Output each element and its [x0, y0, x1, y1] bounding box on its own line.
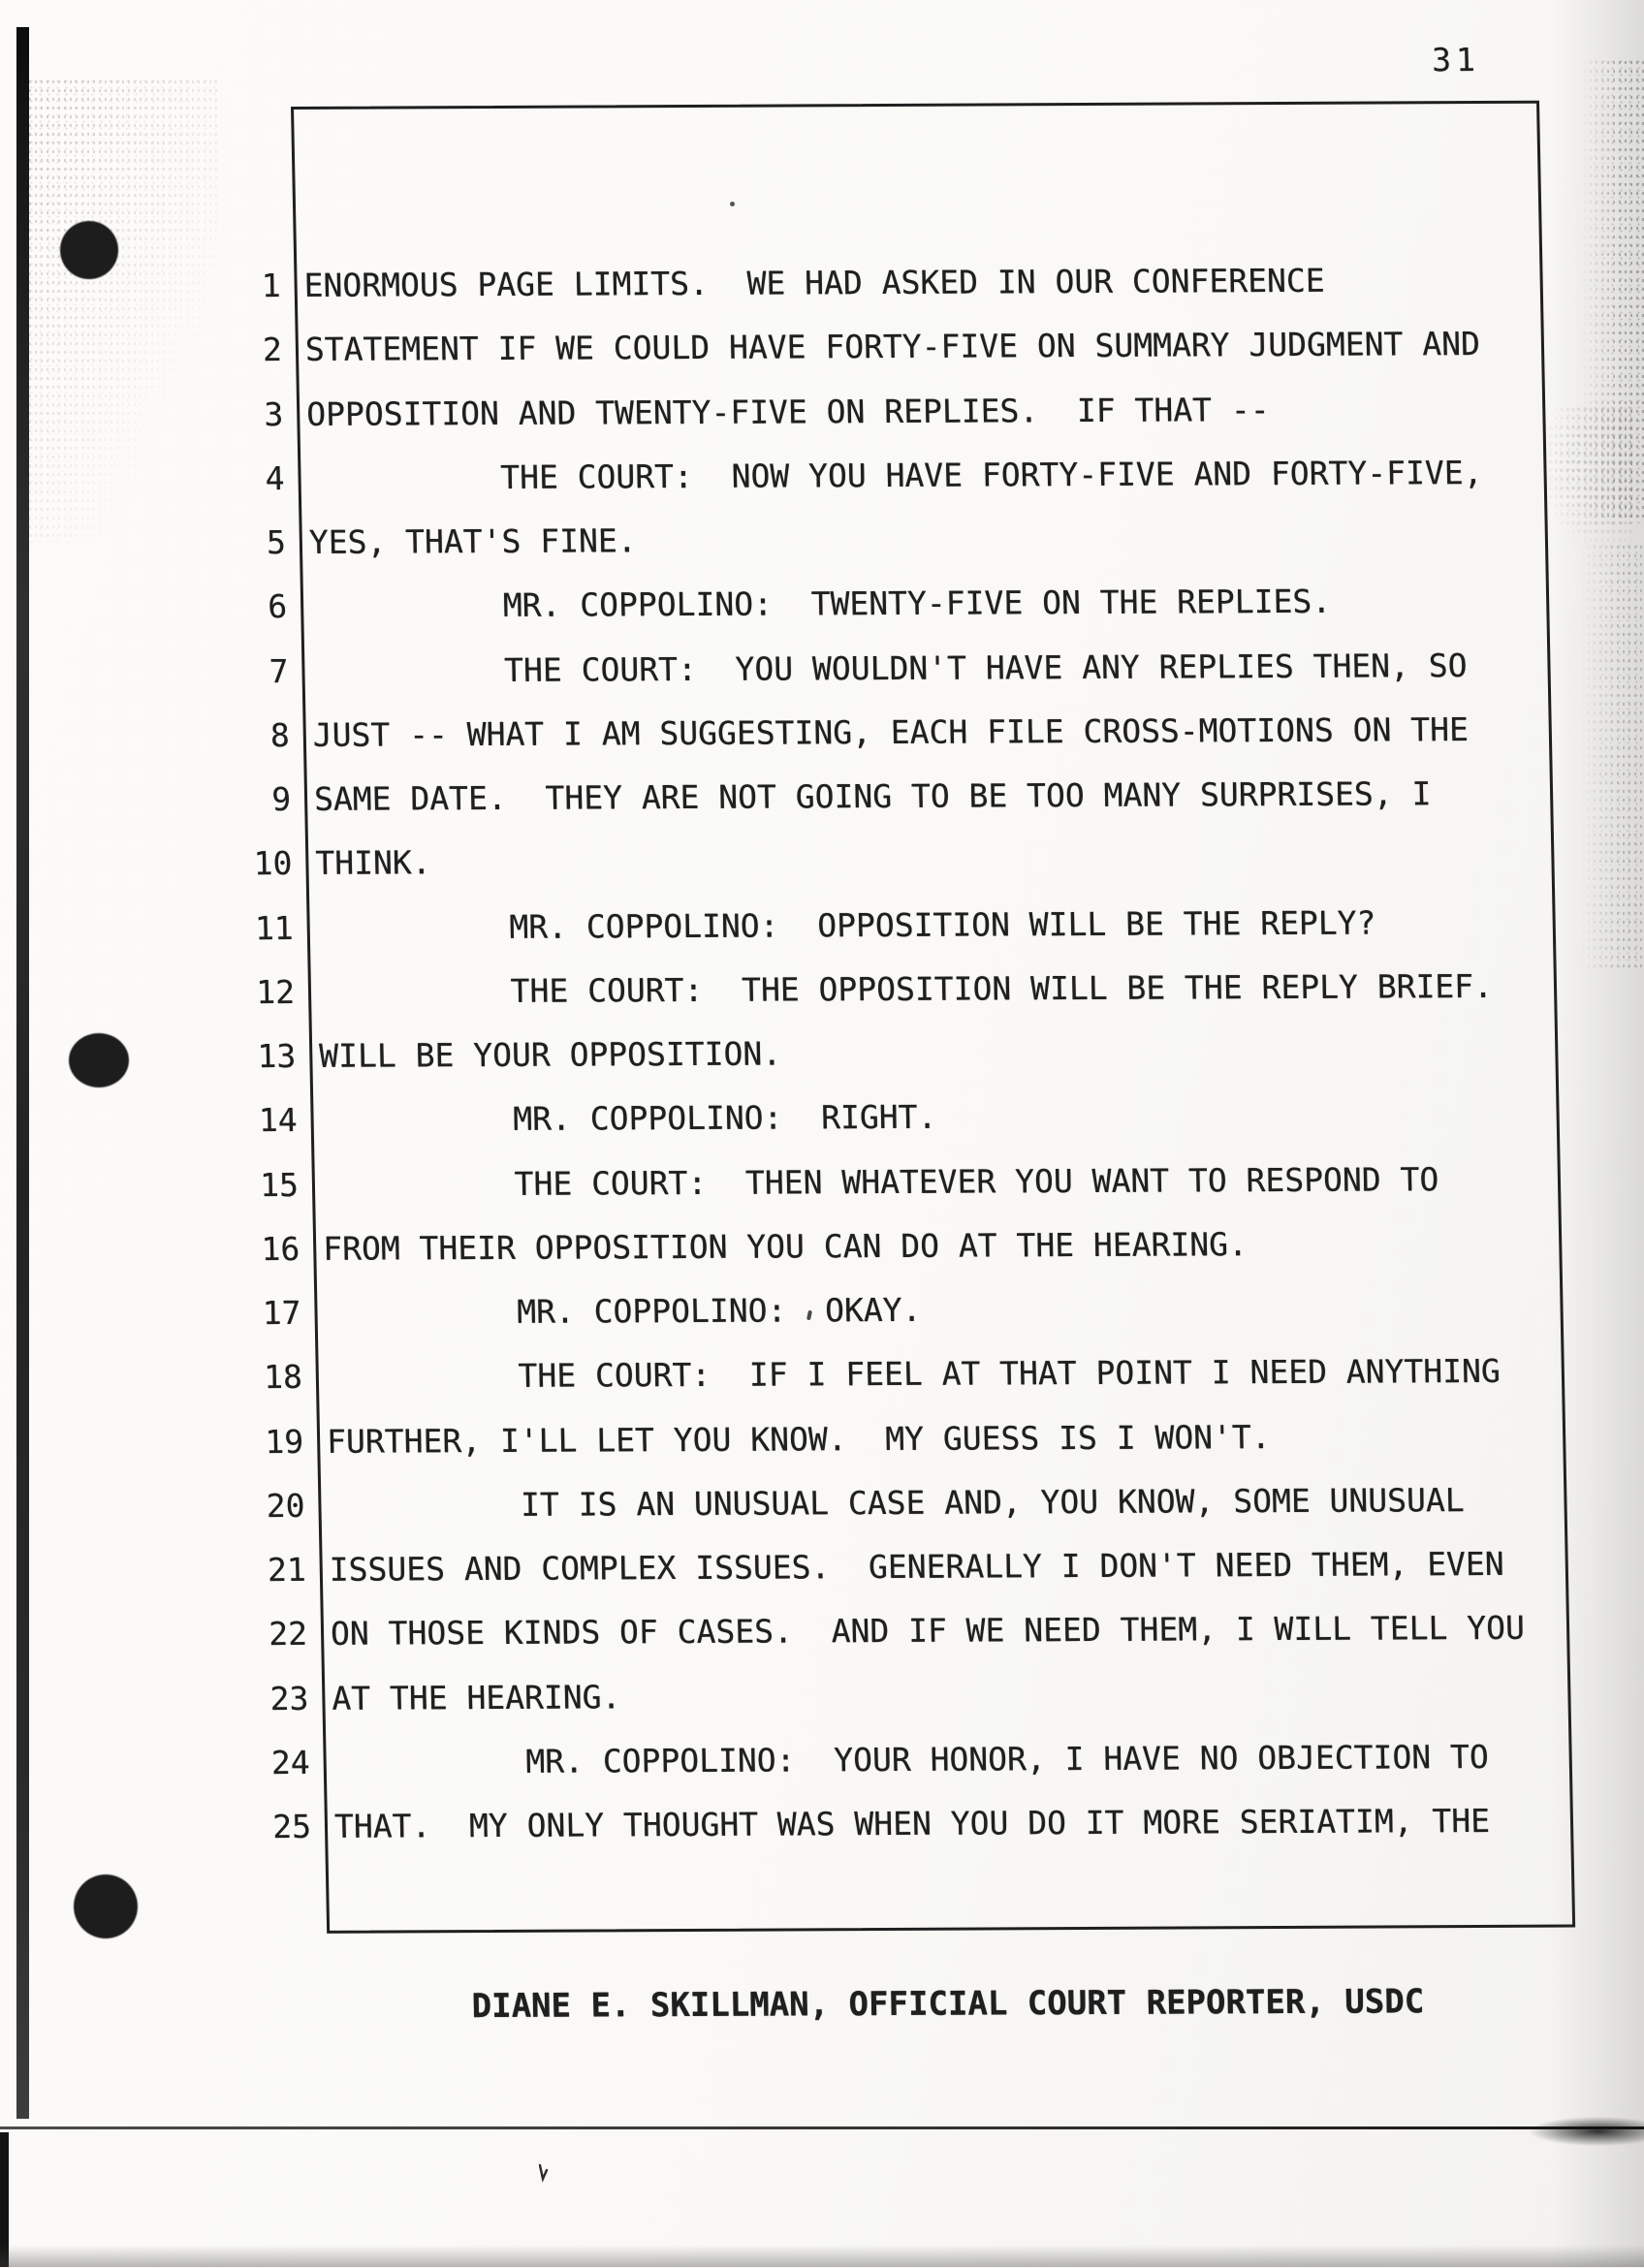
line-number: 18 — [245, 1358, 302, 1397]
stray-check-mark — [537, 2163, 551, 2183]
line-number: 11 — [237, 908, 294, 947]
line-number: 2 — [226, 331, 283, 369]
hole-punch-middle — [69, 1033, 129, 1087]
transcript-line: 7 THE COURT: YOU WOULDN'T HAVE ANY REPLI… — [11, 646, 1644, 692]
transcript-line: 2 STATEMENT IF WE COULD HAVE FORTY-FIVE … — [5, 324, 1644, 370]
transcript-line: 3 OPPOSITION AND TWENTY-FIVE ON REPLIES.… — [6, 389, 1644, 435]
transcript-line: 19 FURTHER, I'LL LET YOU KNOW. MY GUESS … — [26, 1416, 1644, 1463]
line-text: OPPOSITION AND TWENTY-FIVE ON REPLIES. I… — [306, 391, 1270, 434]
line-number: 16 — [243, 1230, 300, 1269]
scanned-transcript-page: 31 1 ENORMOUS PAGE LIMITS. WE HAD ASKED … — [0, 0, 1644, 2267]
line-text: MR. COPPOLINO: TWENTY-FIVE ON THE REPLIE… — [310, 583, 1332, 626]
line-text: ISSUES AND COMPLEX ISSUES. GENERALLY I D… — [329, 1545, 1504, 1590]
line-number: 1 — [224, 267, 281, 305]
line-number: 7 — [232, 652, 289, 691]
line-number: 6 — [231, 587, 288, 626]
transcript-line: 16 FROM THEIR OPPOSITION YOU CAN DO AT T… — [22, 1223, 1644, 1270]
line-text: YES, THAT'S FINE. — [308, 521, 637, 562]
transcript-line: 24 MR. COPPOLINO: YOUR HONOR, I HAVE NO … — [32, 1737, 1644, 1783]
line-text: THAT. MY ONLY THOUGHT WAS WHEN YOU DO IT… — [334, 1802, 1491, 1846]
line-text: MR. COPPOLINO: OKAY. — [324, 1291, 922, 1333]
transcript-box — [291, 101, 1575, 1934]
transcript-line: 14 MR. COPPOLINO: RIGHT. — [19, 1094, 1644, 1141]
line-number: 9 — [235, 780, 292, 819]
line-text: STATEMENT IF WE COULD HAVE FORTY-FIVE ON… — [305, 325, 1481, 369]
line-number: 4 — [228, 459, 285, 498]
line-number: 14 — [240, 1101, 298, 1140]
line-text: FROM THEIR OPPOSITION YOU CAN DO AT THE … — [323, 1225, 1248, 1269]
line-text: THE COURT: THE OPPOSITION WILL BE THE RE… — [318, 967, 1494, 1012]
transcript-line: 4 THE COURT: NOW YOU HAVE FORTY-FIVE AND… — [7, 453, 1644, 499]
transcript-line: 9 SAME DATE. THEY ARE NOT GOING TO BE TO… — [14, 773, 1644, 820]
transcript-line: 11 MR. COPPOLINO: OPPOSITION WILL BE THE… — [16, 902, 1644, 949]
right-edge-shading — [1551, 0, 1644, 2267]
transcript-line: 20 IT IS AN UNUSUAL CASE AND, YOU KNOW, … — [27, 1480, 1644, 1527]
line-text: MR. COPPOLINO: RIGHT. — [320, 1098, 937, 1140]
transcript-line: 18 THE COURT: IF I FEEL AT THAT POINT I … — [24, 1351, 1644, 1398]
line-text: WILL BE YOUR OPPOSITION. — [319, 1035, 782, 1076]
line-text: MR. COPPOLINO: OPPOSITION WILL BE THE RE… — [316, 903, 1376, 947]
transcript-line: 13 WILL BE YOUR OPPOSITION. — [18, 1030, 1644, 1077]
page-content: 31 1 ENORMOUS PAGE LIMITS. WE HAD ASKED … — [0, 0, 1644, 2267]
line-text: THE COURT: YOU WOULDN'T HAVE ANY REPLIES… — [311, 646, 1468, 691]
transcript-line: 1 ENORMOUS PAGE LIMITS. WE HAD ASKED IN … — [3, 260, 1644, 306]
bottom-scratch-blob — [1530, 2117, 1644, 2146]
reporter-footer: DIANE E. SKILLMAN, OFFICIAL COURT REPORT… — [471, 1982, 1424, 2026]
line-text: IT IS AN UNUSUAL CASE AND, YOU KNOW, SOM… — [328, 1481, 1465, 1526]
line-number: 12 — [238, 973, 296, 1012]
transcript-line: 8 JUST -- WHAT I AM SUGGESTING, EACH FIL… — [12, 709, 1644, 756]
line-text: ON THOSE KINDS OF CASES. AND IF WE NEED … — [331, 1609, 1526, 1654]
line-number: 19 — [247, 1422, 304, 1461]
line-number: 23 — [252, 1679, 309, 1717]
line-text: THINK. — [315, 844, 431, 884]
page-number: 31 — [1432, 41, 1481, 79]
line-number: 21 — [249, 1551, 306, 1590]
line-text: ENORMOUS PAGE LIMITS. WE HAD ASKED IN OU… — [303, 262, 1325, 305]
transcript-line: 15 THE COURT: THEN WHATEVER YOU WANT TO … — [21, 1159, 1644, 1206]
topleft-speckle-noise — [27, 78, 221, 543]
line-number: 25 — [255, 1808, 312, 1846]
transcript-line: 23 AT THE HEARING. — [31, 1673, 1644, 1719]
line-number: 22 — [251, 1615, 308, 1654]
transcript-line: 25 THAT. MY ONLY THOUGHT WAS WHEN YOU DO… — [34, 1801, 1644, 1847]
line-number: 15 — [242, 1165, 300, 1204]
line-number: 5 — [229, 523, 286, 562]
line-text: THE COURT: THEN WHATEVER YOU WANT TO RES… — [322, 1160, 1439, 1205]
bottom-scratch-line — [0, 2126, 1644, 2129]
line-number: 24 — [253, 1744, 310, 1782]
line-number: 8 — [233, 716, 290, 755]
line-number: 20 — [248, 1487, 305, 1526]
transcript-line: 22 ON THOSE KINDS OF CASES. AND IF WE NE… — [30, 1608, 1644, 1654]
transcript-line: 6 MR. COPPOLINO: TWENTY-FIVE ON THE REPL… — [10, 581, 1644, 627]
stray-ink-speck — [730, 202, 735, 206]
line-number: 17 — [244, 1294, 301, 1333]
line-number: 10 — [236, 844, 293, 883]
line-text: THE COURT: IF I FEEL AT THAT POINT I NEE… — [325, 1352, 1501, 1397]
transcript-line: 5 YES, THAT'S FINE. — [8, 517, 1644, 563]
transcript-line: 21 ISSUES AND COMPLEX ISSUES. GENERALLY … — [28, 1544, 1644, 1591]
line-number: 13 — [239, 1037, 297, 1076]
line-text: MR. COPPOLINO: YOUR HONOR, I HAVE NO OBJ… — [332, 1738, 1489, 1782]
line-text: AT THE HEARING. — [332, 1678, 621, 1717]
line-text: JUST -- WHAT I AM SUGGESTING, EACH FILE … — [312, 710, 1469, 755]
transcript-line: 10 THINK. — [15, 837, 1644, 884]
line-text: FURTHER, I'LL LET YOU KNOW. MY GUESS IS … — [327, 1418, 1271, 1462]
transcript-lines: 1 ENORMOUS PAGE LIMITS. WE HAD ASKED IN … — [0, 0, 1642, 1]
hole-punch-bottom — [74, 1874, 138, 1938]
page-bottom-shadow — [0, 2245, 1644, 2267]
line-number: 3 — [227, 395, 284, 434]
line-text: SAME DATE. THEY ARE NOT GOING TO BE TOO … — [314, 774, 1432, 819]
transcript-line: 17 MR. COPPOLINO: OKAY. — [23, 1287, 1644, 1334]
line-text: THE COURT: NOW YOU HAVE FORTY-FIVE AND F… — [307, 454, 1483, 498]
transcript-line: 12 THE COURT: THE OPPOSITION WILL BE THE… — [17, 966, 1644, 1013]
